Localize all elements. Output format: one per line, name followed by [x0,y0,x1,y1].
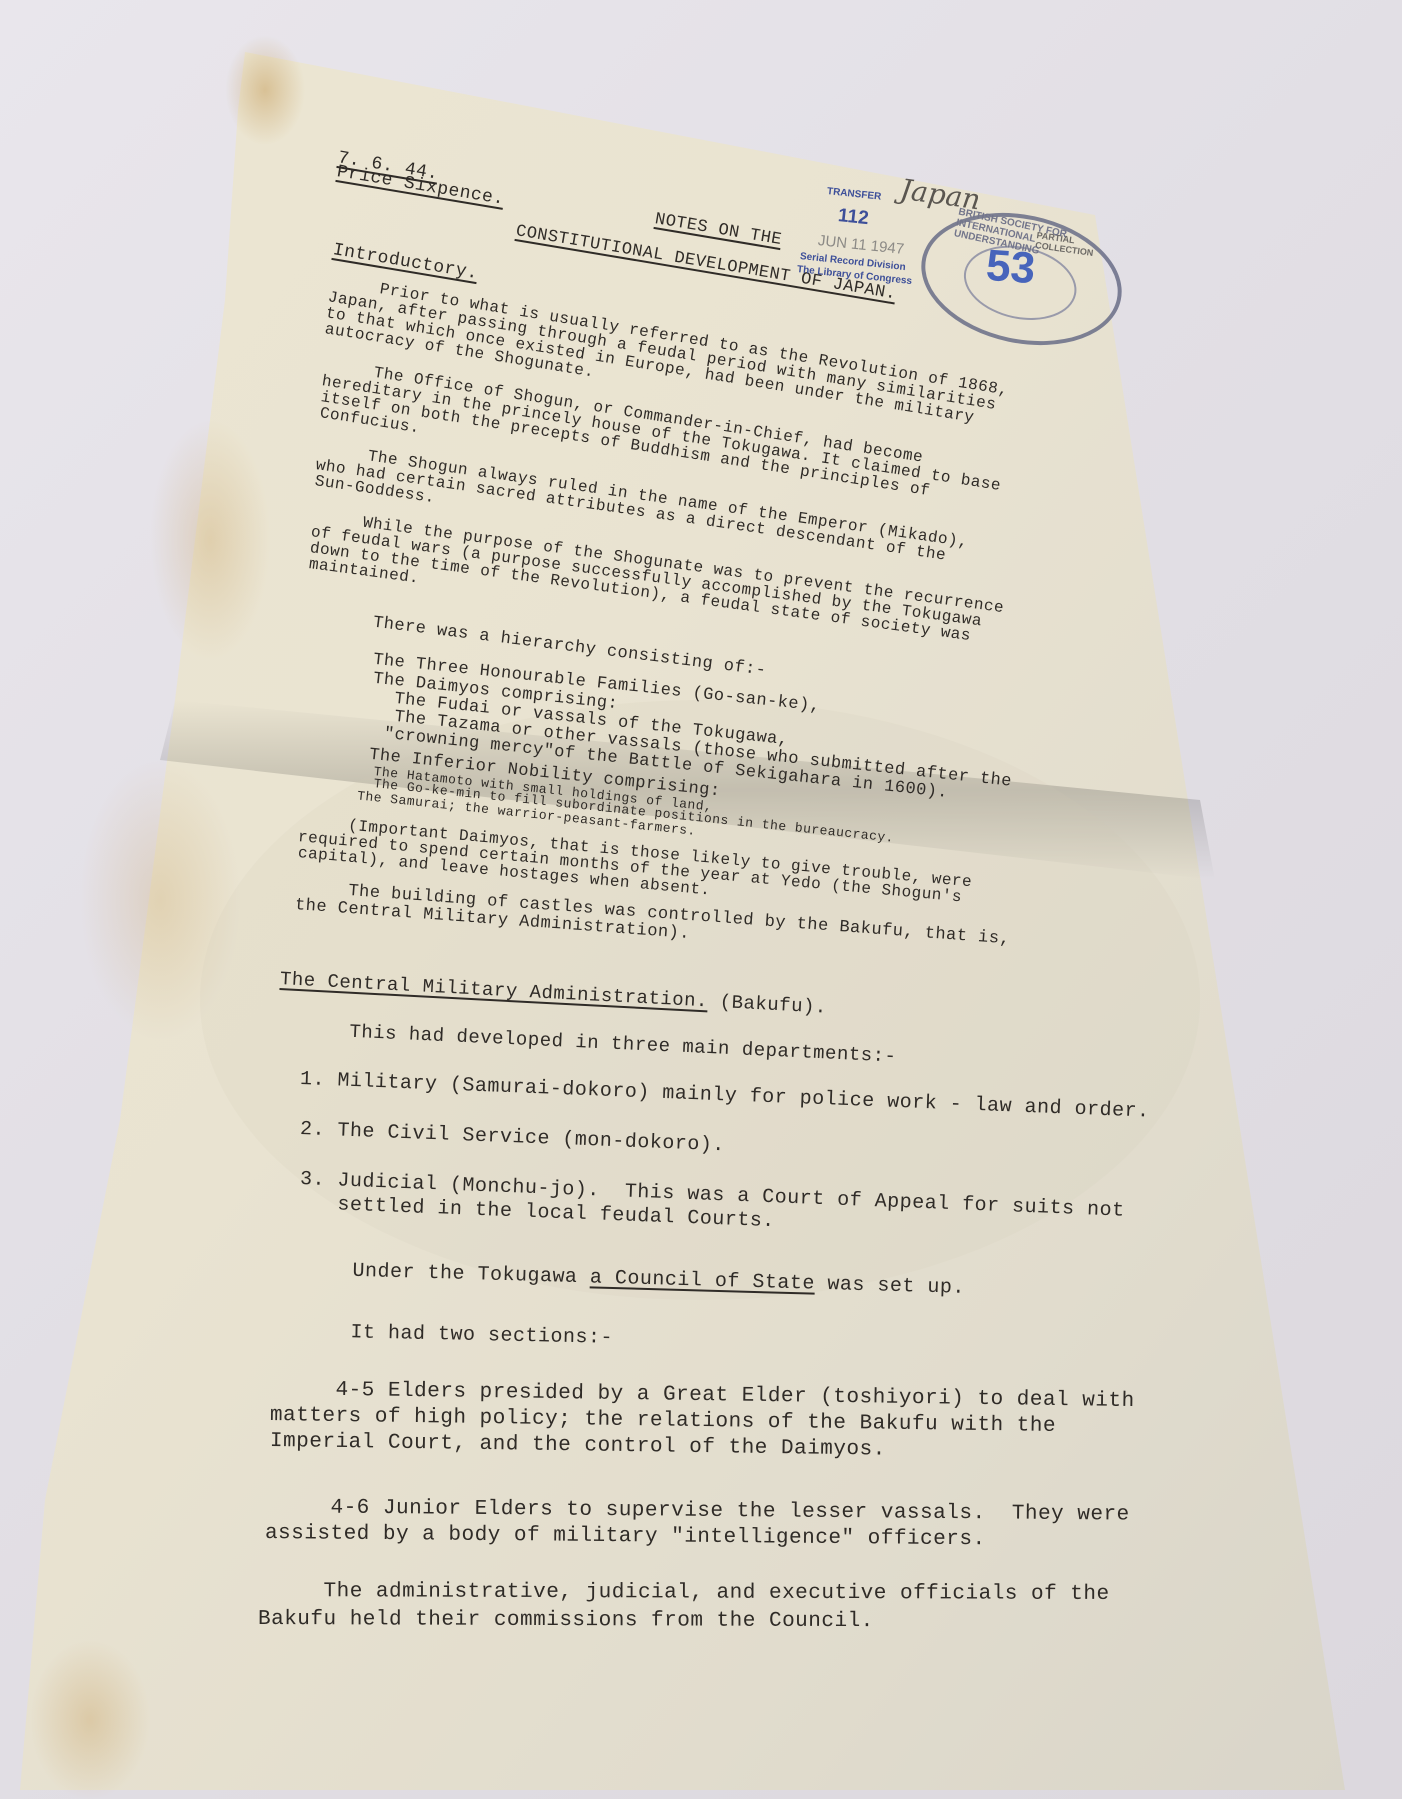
heading-bakufu: The Central Military Administration. (Ba… [279,968,827,1019]
council-pre: Under the Tokugawa [290,1258,591,1289]
department-item: 1. Military (Samurai-dokoro) mainly for … [300,1068,1150,1124]
department-item: 2. The Civil Service (mon-dokoro). [300,1118,726,1157]
heading-bakufu-title: The Central Military Administration. [279,968,708,1012]
transfer-stamp-label: TRANSFER [826,186,881,203]
sections-intro: It had two sections:- [288,1320,613,1350]
document-page: 7. 6. 44. Price Sixpence. NOTES ON THE C… [0,0,1402,1799]
transfer-stamp-number: 112 [837,205,870,230]
council-post: was set up. [815,1273,966,1300]
junior-elders-line: 4-6 Junior Elders to supervise the lesse… [265,1496,1130,1527]
seal-handwritten-number: 53 [984,241,1036,294]
society-seal: BRITISH SOCIETY FOR INTERNATIONAL UNDERS… [909,195,1134,362]
departments-intro: This had developed in three main departm… [290,1018,897,1068]
council-of-state: a Council of State [590,1266,816,1295]
junior-elders-line: assisted by a body of military "intellig… [265,1522,986,1551]
heading-bakufu-suffix: (Bakufu). [707,990,827,1018]
officials-line: Bakufu held their commissions from the C… [258,1608,874,1633]
title-line-1: NOTES ON THE [653,210,783,250]
elders-line: Imperial Court, and the control of the D… [270,1430,886,1462]
officials-line: The administrative, judicial, and execut… [258,1580,1110,1606]
council-line: Under the Tokugawa a Council of State wa… [290,1258,966,1300]
